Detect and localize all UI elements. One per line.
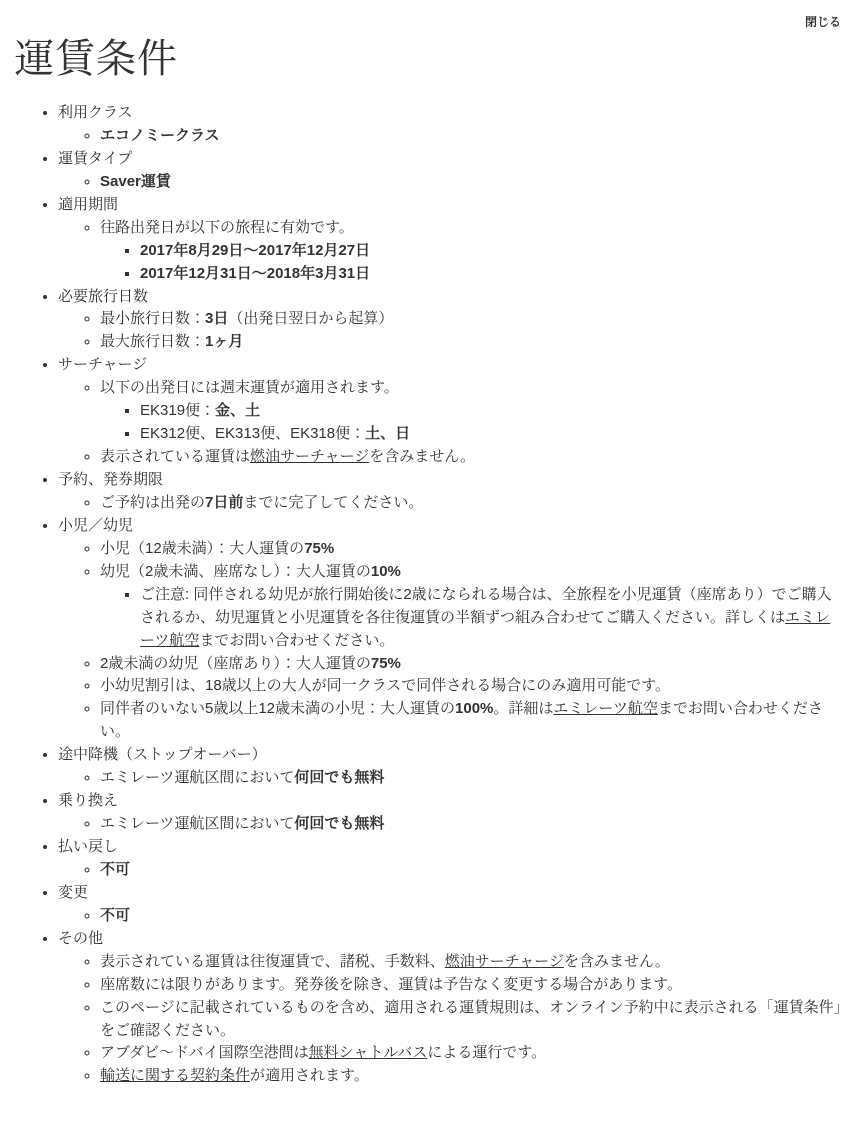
list-item: アブダビ～ドバイ国際空港間は無料シャトルバスによる運行です。 — [100, 1042, 843, 1065]
fare-list-level-2: ご予約は出発の7日前までに完了してください。 — [58, 492, 843, 515]
list-item: ご予約は出発の7日前までに完了してください。 — [100, 492, 843, 515]
text-run: を含みません。 — [564, 953, 670, 970]
list-item: 予約、発券期限ご予約は出発の7日前までに完了してください。 — [58, 469, 843, 515]
inline-link[interactable]: 燃油サーチャージ — [250, 448, 369, 465]
emphasis-text: 不可 — [100, 861, 130, 878]
fare-list-level-2: エミレーツ運航区間において何回でも無料 — [58, 813, 843, 836]
list-item: 輸送に関する契約条件が適用されます。 — [100, 1065, 843, 1088]
inline-link[interactable]: エミレーツ航空 — [553, 700, 657, 717]
text-run: 表示されている運賃は往復運賃で、諸税、手数料、 — [100, 953, 445, 970]
text-run: このページに記載されているものを含め、適用される運賃規則は、オンライン予約中に表… — [100, 999, 841, 1039]
inline-link[interactable]: 燃油サーチャージ — [445, 953, 564, 970]
emphasis-text: 何回でも無料 — [294, 815, 384, 832]
text-run: 適用期間 — [58, 196, 118, 213]
list-item: 払い戻し不可 — [58, 836, 843, 882]
text-run: 座席数には限りがあります。発券後を除き、運賃は予告なく変更する場合があります。 — [100, 976, 682, 993]
list-item: 最小旅行日数：3日（出発日翌日から起算） — [100, 308, 843, 331]
text-run: 利用クラス — [58, 104, 133, 121]
text-run: 途中降機（ストップオーバー） — [58, 746, 267, 763]
emphasis-text: 何回でも無料 — [294, 769, 384, 786]
fare-list-level-2: 表示されている運賃は往復運賃で、諸税、手数料、燃油サーチャージを含みません。座席… — [58, 951, 843, 1089]
list-item: 以下の出発日には週末運賃が適用されます。EK319便：金、土EK312便、EK3… — [100, 377, 843, 446]
list-item: 不可 — [100, 905, 843, 928]
fare-list-level-2: Saver運賃 — [58, 171, 843, 194]
list-item: エミレーツ運航区間において何回でも無料 — [100, 767, 843, 790]
list-item: 2歳未満の幼児（座席あり）：大人運賃の75% — [100, 653, 843, 676]
list-item: 同伴者のいない5歳以上12歳未満の小児：大人運賃の100%。詳細はエミレーツ航空… — [100, 698, 843, 744]
fare-list-level-2: 不可 — [58, 859, 843, 882]
text-run: エミレーツ運航区間において — [100, 769, 294, 786]
list-item: 運賃タイプSaver運賃 — [58, 148, 843, 194]
text-run: 2歳未満の幼児（座席あり）：大人運賃の — [100, 655, 371, 672]
fare-list-level-2: 往路出発日が以下の旅程に有効です。2017年8月29日～2017年12月27日2… — [58, 217, 843, 286]
list-item: 利用クラスエコノミークラス — [58, 102, 843, 148]
list-item: 小幼児割引は、18歳以上の大人が同一クラスで同伴される場合にのみ適用可能です。 — [100, 675, 843, 698]
text-run: 往路出発日が以下の旅程に有効です。 — [100, 219, 354, 236]
list-item: Saver運賃 — [100, 171, 843, 194]
emphasis-text: 1ヶ月 — [205, 333, 243, 350]
list-item: EK319便：金、土 — [140, 400, 843, 423]
fare-list-level-2: 以下の出発日には週末運賃が適用されます。EK319便：金、土EK312便、EK3… — [58, 377, 843, 469]
text-run: アブダビ～ドバイ国際空港間は — [100, 1044, 309, 1061]
text-run: 。詳細は — [493, 700, 553, 717]
emphasis-text: Saver運賃 — [100, 173, 171, 190]
text-run: までに完了してください。 — [243, 494, 423, 511]
fare-list-level-2: 最小旅行日数：3日（出発日翌日から起算）最大旅行日数：1ヶ月 — [58, 308, 843, 354]
close-button[interactable]: 閉じる — [805, 13, 841, 30]
text-run: 表示されている運賃は — [100, 448, 250, 465]
emphasis-text: 7日前 — [205, 494, 243, 511]
list-item: 乗り換えエミレーツ運航区間において何回でも無料 — [58, 790, 843, 836]
text-run: 運賃タイプ — [58, 150, 132, 167]
fare-conditions-page: 運賃条件 利用クラスエコノミークラス運賃タイプSaver運賃適用期間往路出発日が… — [0, 36, 855, 1088]
list-item: 不可 — [100, 859, 843, 882]
text-run: 幼児（2歳未満、座席なし）：大人運賃の — [100, 563, 371, 580]
inline-link[interactable]: 無料シャトルバス — [309, 1044, 428, 1061]
fare-list-level-2: 小児（12歳未満）：大人運賃の75%幼児（2歳未満、座席なし）：大人運賃の10%… — [58, 538, 843, 744]
fare-conditions-list: 利用クラスエコノミークラス運賃タイプSaver運賃適用期間往路出発日が以下の旅程… — [14, 102, 843, 1088]
text-run: を含みません。 — [369, 448, 475, 465]
list-item: ご注意: 同伴される幼児が旅行開始後に2歳になられる場合は、全旅程を小児運賃（座… — [140, 584, 843, 653]
list-item: 2017年12月31日～2018年3月31日 — [140, 263, 843, 286]
list-item: 小児／幼児小児（12歳未満）：大人運賃の75%幼児（2歳未満、座席なし）：大人運… — [58, 515, 843, 744]
text-run: （出発日翌日から起算） — [228, 310, 393, 327]
fare-list-level-2: エミレーツ運航区間において何回でも無料 — [58, 767, 843, 790]
text-run: EK312便、EK313便、EK318便： — [140, 425, 365, 442]
inline-link[interactable]: 輸送に関する契約条件 — [100, 1067, 250, 1084]
list-item: EK312便、EK313便、EK318便：土、日 — [140, 423, 843, 446]
text-run: が適用されます。 — [250, 1067, 369, 1084]
text-run: エミレーツ運航区間において — [100, 815, 294, 832]
text-run: 小児（12歳未満）：大人運賃の — [100, 540, 304, 557]
emphasis-text: 10% — [371, 563, 401, 580]
emphasis-text: 2017年12月31日～2018年3月31日 — [140, 265, 370, 282]
text-run: 変更 — [58, 884, 88, 901]
text-run: 同伴者のいない5歳以上12歳未満の小児：大人運賃の — [100, 700, 455, 717]
text-run: 必要旅行日数 — [58, 288, 148, 305]
text-run: 小児／幼児 — [58, 517, 133, 534]
list-item: その他表示されている運賃は往復運賃で、諸税、手数料、燃油サーチャージを含みません… — [58, 928, 843, 1089]
list-item: 座席数には限りがあります。発券後を除き、運賃は予告なく変更する場合があります。 — [100, 974, 843, 997]
emphasis-text: 金、土 — [215, 402, 260, 419]
list-item: 小児（12歳未満）：大人運賃の75% — [100, 538, 843, 561]
list-item: 2017年8月29日～2017年12月27日 — [140, 240, 843, 263]
list-item: 必要旅行日数最小旅行日数：3日（出発日翌日から起算）最大旅行日数：1ヶ月 — [58, 286, 843, 355]
list-item: 変更不可 — [58, 882, 843, 928]
text-run: ご注意: 同伴される幼児が旅行開始後に2歳になられる場合は、全旅程を小児運賃（座… — [140, 586, 832, 626]
list-item: サーチャージ以下の出発日には週末運賃が適用されます。EK319便：金、土EK31… — [58, 354, 843, 469]
text-run: 最大旅行日数： — [100, 333, 205, 350]
text-run: 最小旅行日数： — [100, 310, 205, 327]
list-item: 幼児（2歳未満、座席なし）：大人運賃の10%ご注意: 同伴される幼児が旅行開始後… — [100, 561, 843, 653]
fare-list-level-2: 不可 — [58, 905, 843, 928]
text-run: 小幼児割引は、18歳以上の大人が同一クラスで同伴される場合にのみ適用可能です。 — [100, 677, 670, 694]
emphasis-text: 不可 — [100, 907, 130, 924]
list-item: エミレーツ運航区間において何回でも無料 — [100, 813, 843, 836]
list-item: エコノミークラス — [100, 125, 843, 148]
list-item: このページに記載されているものを含め、適用される運賃規則は、オンライン予約中に表… — [100, 997, 843, 1043]
text-run: ご予約は出発の — [100, 494, 205, 511]
emphasis-text: 土、日 — [365, 425, 410, 442]
text-run: による運行です。 — [427, 1044, 546, 1061]
list-item: 表示されている運賃は燃油サーチャージを含みません。 — [100, 446, 843, 469]
emphasis-text: エコノミークラス — [100, 127, 220, 144]
emphasis-text: 100% — [455, 700, 493, 717]
fare-list-level-3: EK319便：金、土EK312便、EK313便、EK318便：土、日 — [100, 400, 843, 446]
fare-list-level-3: ご注意: 同伴される幼児が旅行開始後に2歳になられる場合は、全旅程を小児運賃（座… — [100, 584, 843, 653]
list-item: 往路出発日が以下の旅程に有効です。2017年8月29日～2017年12月27日2… — [100, 217, 843, 286]
fare-list-level-2: エコノミークラス — [58, 125, 843, 148]
text-run: 払い戻し — [58, 838, 118, 855]
page-title: 運賃条件 — [14, 36, 843, 82]
text-run: その他 — [58, 930, 103, 947]
list-item: 表示されている運賃は往復運賃で、諸税、手数料、燃油サーチャージを含みません。 — [100, 951, 843, 974]
list-item: 適用期間往路出発日が以下の旅程に有効です。2017年8月29日～2017年12月… — [58, 194, 843, 286]
text-run: EK319便： — [140, 402, 215, 419]
list-item: 最大旅行日数：1ヶ月 — [100, 331, 843, 354]
text-run: サーチャージ — [58, 356, 147, 373]
emphasis-text: 75% — [304, 540, 334, 557]
emphasis-text: 3日 — [205, 310, 228, 327]
text-run: 乗り換え — [58, 792, 118, 809]
text-run: までお問い合わせください。 — [199, 632, 394, 649]
text-run: 予約、発券期限 — [58, 471, 163, 488]
text-run: 以下の出発日には週末運賃が適用されます。 — [100, 379, 399, 396]
emphasis-text: 75% — [371, 655, 401, 672]
fare-list-level-3: 2017年8月29日～2017年12月27日2017年12月31日～2018年3… — [100, 240, 843, 286]
fare-list-level-1: 利用クラスエコノミークラス運賃タイプSaver運賃適用期間往路出発日が以下の旅程… — [14, 102, 843, 1088]
list-item: 途中降機（ストップオーバー）エミレーツ運航区間において何回でも無料 — [58, 744, 843, 790]
emphasis-text: 2017年8月29日～2017年12月27日 — [140, 242, 370, 259]
